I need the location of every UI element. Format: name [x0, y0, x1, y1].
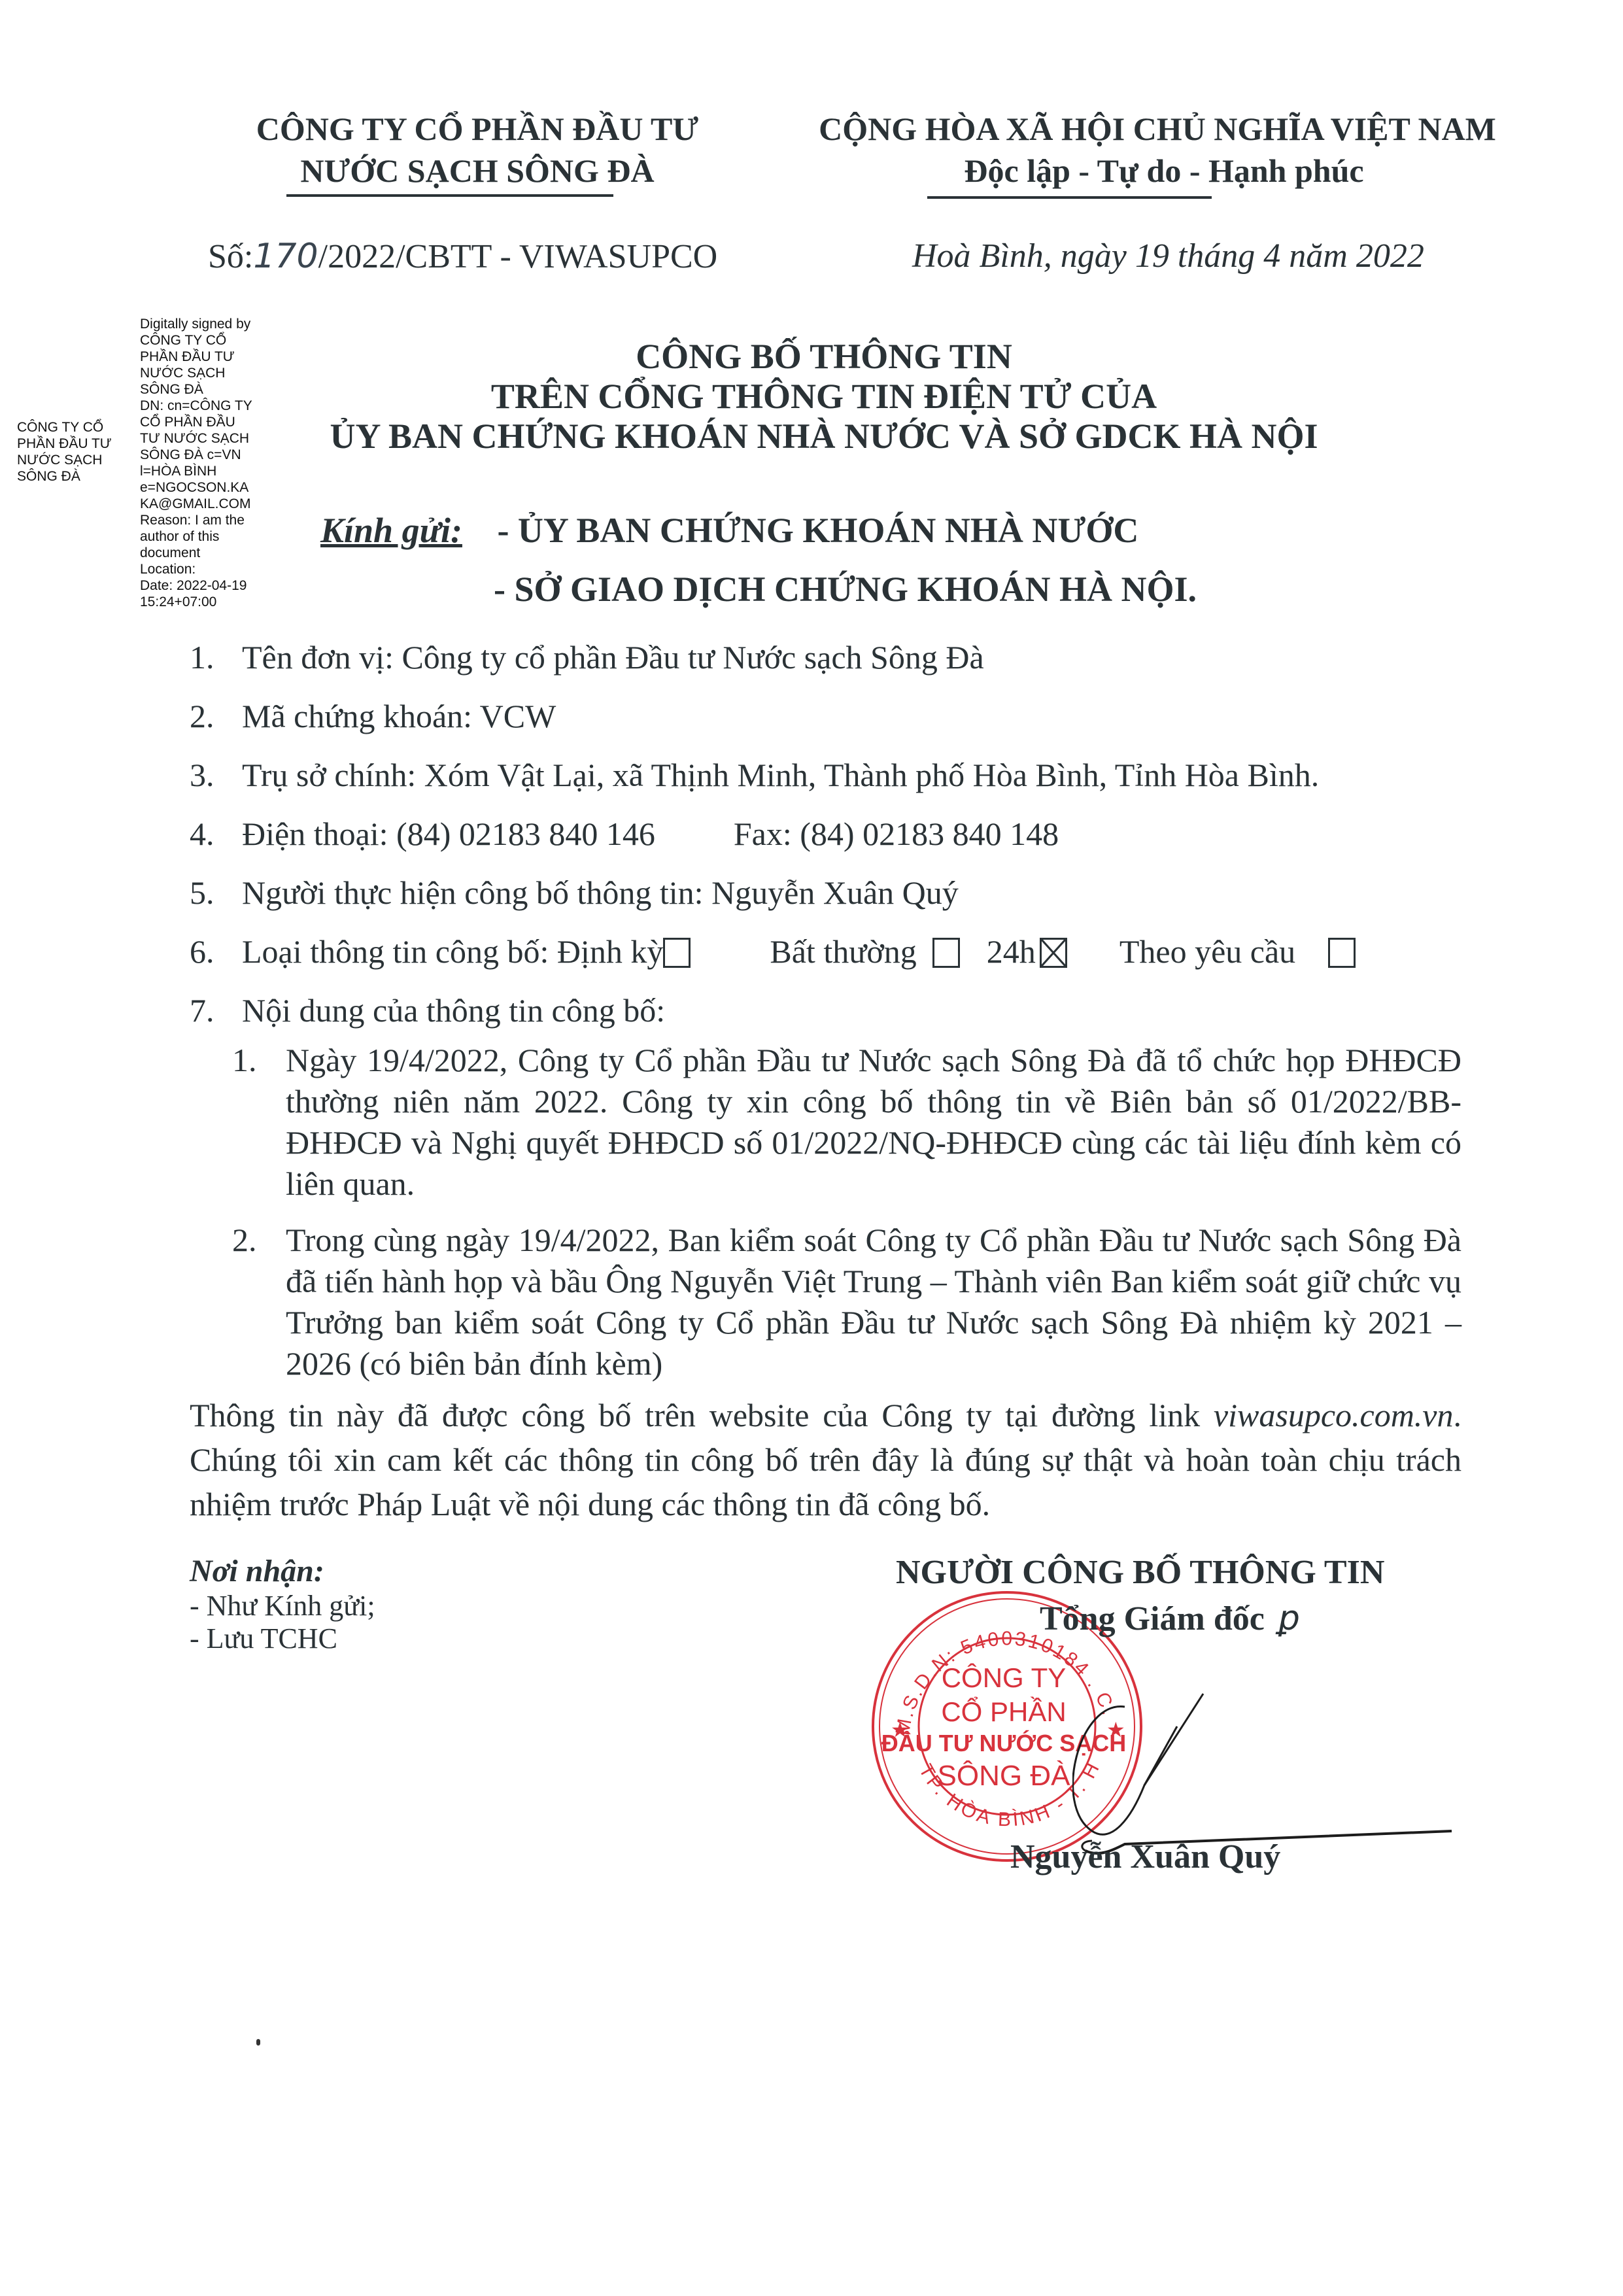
signature-title: Tổng Giám đốc ꝑ — [1040, 1599, 1300, 1638]
option-periodic-checkbox[interactable] — [663, 938, 691, 968]
digital-signature-details[interactable]: Digitally signed by CÔNG TY CỔ PHẦN ĐẦU … — [140, 316, 258, 610]
signer-name: Nguyễn Xuân Quý — [1010, 1838, 1280, 1876]
option-irregular-label: Bất thường — [770, 933, 916, 970]
company-name-line2: NƯỚC SẠCH SÔNG ĐÀ — [196, 150, 759, 192]
scan-speck — [256, 2039, 260, 2046]
company-name-line1: CÔNG TY CỔ PHẦN ĐẦU TƯ — [196, 108, 759, 150]
signature-role: NGƯỜI CÔNG BỐ THÔNG TIN — [896, 1553, 1384, 1592]
item-head-office: 3.Trụ sở chính: Xóm Vật Lại, xã Thịnh Mi… — [190, 755, 1319, 795]
recipients-label: Kính gửi: — [320, 511, 462, 550]
nation-name: CỘNG HÒA XÃ HỘI CHỦ NGHĨA VIỆT NAM — [791, 108, 1524, 150]
recipients: Kính gửi: - ỦY BAN CHỨNG KHOÁN NHÀ NƯỚC — [320, 510, 1138, 551]
phone: Điện thoại: (84) 02183 840 146 — [242, 815, 655, 852]
recipient-hnx: - SỞ GIAO DỊCH CHỨNG KHOÁN HÀ NỘI. — [494, 569, 1197, 609]
item-discloser: 5.Người thực hiện công bố thông tin: Ngu… — [190, 873, 959, 912]
content-item-supervisory-board: 2. Trong cùng ngày 19/4/2022, Ban kiểm s… — [232, 1220, 1461, 1384]
svg-text:CỔ PHẦN: CỔ PHẦN — [941, 1695, 1066, 1727]
item-contact: 4.Điện thoại: (84) 02183 840 146Fax: (84… — [190, 814, 1059, 853]
initial-mark-icon: ꝑ — [1278, 1599, 1300, 1638]
item-disclosure-type: 6.Loại thông tin công bố: Định kỳ Bất th… — [190, 932, 1359, 971]
website-link[interactable]: viwasupco.com.vn — [1214, 1397, 1454, 1433]
svg-text:SÔNG ĐÀ: SÔNG ĐÀ — [938, 1759, 1071, 1792]
receivers: Nơi nhận: - Như Kính gửi; - Lưu TCHC — [190, 1553, 375, 1655]
item-stock-code: 2.Mã chứng khoán: VCW — [190, 696, 556, 736]
company-underline — [286, 194, 613, 197]
place-and-date: Hoà Bình, ngày 19 tháng 4 năm 2022 — [912, 237, 1424, 275]
nation-header: CỘNG HÒA XÃ HỘI CHỦ NGHĨA VIỆT NAM Độc l… — [791, 108, 1524, 192]
option-on-request-checkbox[interactable] — [1328, 938, 1356, 968]
fax: Fax: (84) 02183 840 148 — [734, 815, 1059, 852]
option-24h-checkbox[interactable] — [1040, 938, 1067, 968]
item-content: 7.Nội dung của thông tin công bố: — [190, 991, 665, 1030]
item-company-name: 1.Tên đơn vị: Công ty cổ phần Đầu tư Nướ… — [190, 638, 984, 677]
digital-signer-name: CÔNG TY CỔ PHẦN ĐẦU TƯ NƯỚC SẠCH SÔNG ĐÀ — [17, 419, 115, 485]
recipient-ssc: - ỦY BAN CHỨNG KHOÁN NHÀ NƯỚC — [497, 511, 1138, 550]
nation-motto: Độc lập - Tự do - Hạnh phúc — [791, 150, 1524, 192]
motto-underline — [927, 196, 1212, 199]
option-24h-label: 24h — [987, 933, 1036, 970]
document-title: CÔNG BỐ THÔNG TIN TRÊN CỔNG THÔNG TIN ĐI… — [314, 337, 1334, 456]
content-item-agm: 1. Ngày 19/4/2022, Công ty Cổ phần Đầu t… — [232, 1040, 1461, 1205]
receivers-heading: Nơi nhận: — [190, 1553, 375, 1590]
option-periodic-label: Định kỳ — [557, 933, 664, 970]
option-irregular-checkbox[interactable] — [932, 938, 960, 968]
commitment-statement: Thông tin này đã được công bố trên websi… — [190, 1393, 1461, 1526]
handwritten-number: 170 — [253, 237, 318, 276]
company-header: CÔNG TY CỔ PHẦN ĐẦU TƯ NƯỚC SẠCH SÔNG ĐÀ — [196, 108, 759, 192]
document-number: Số:170/2022/CBTT - VIWASUPCO — [208, 237, 717, 276]
svg-text:CÔNG TY: CÔNG TY — [942, 1662, 1067, 1693]
option-on-request-label: Theo yêu cầu — [1119, 933, 1295, 970]
